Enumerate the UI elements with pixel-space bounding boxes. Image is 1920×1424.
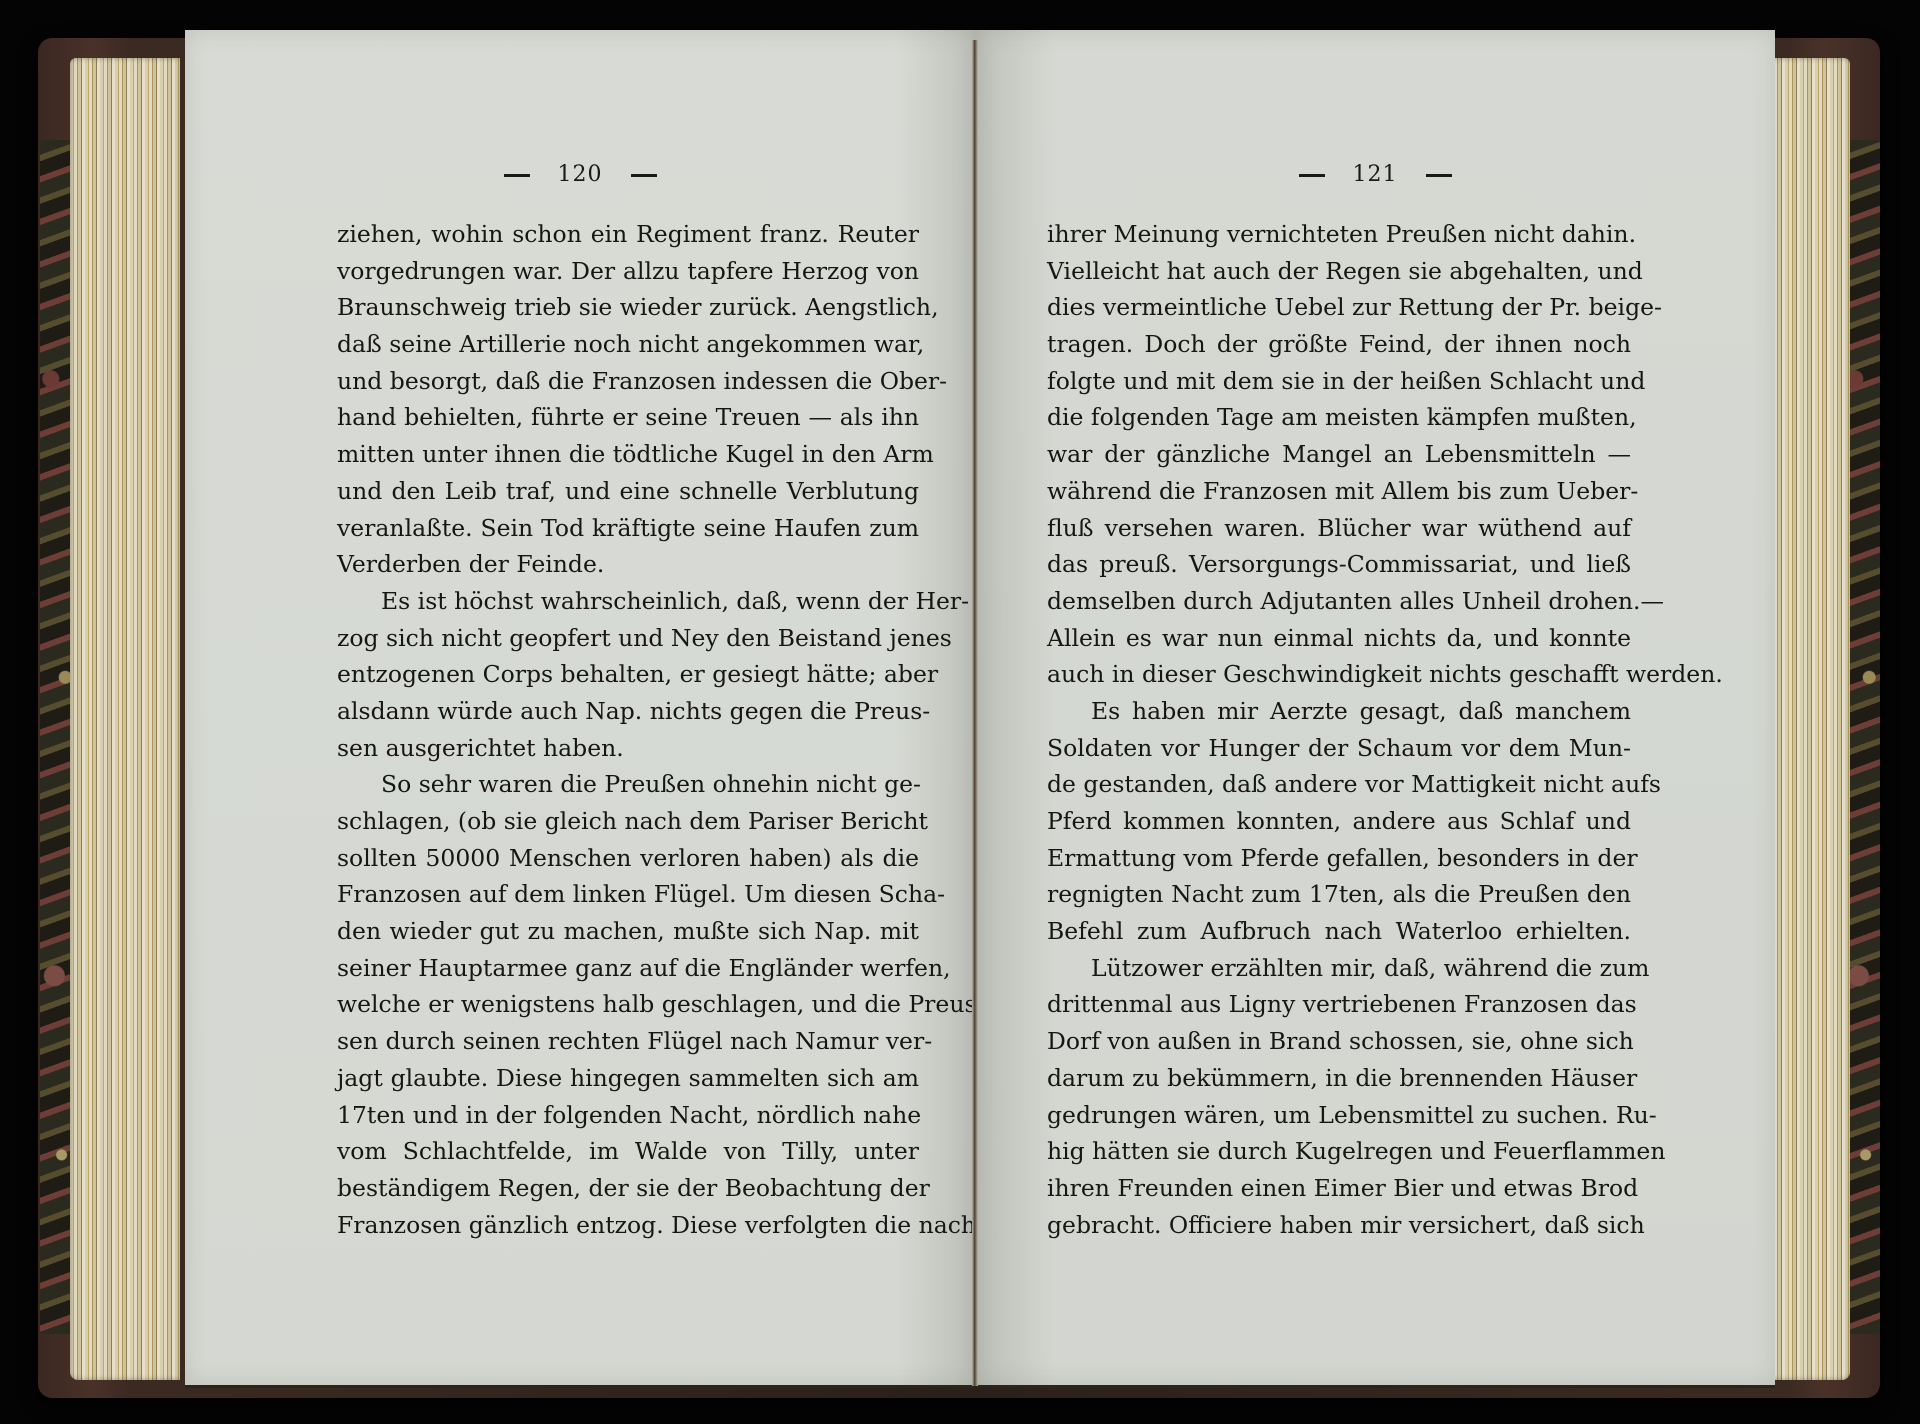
text-line: Es haben mir Aerzte gesagt, daß manchem: [1047, 693, 1631, 730]
text-line: ziehen, wohin schon ein Regiment franz. …: [337, 216, 919, 253]
page-block-edges-left: [70, 58, 180, 1380]
text-line: demselben durch Adjutanten alles Unheil …: [1047, 583, 1631, 620]
text-line: Befehl zum Aufbruch nach Waterloo erhiel…: [1047, 913, 1631, 950]
text-line: während die Franzosen mit Allem bis zum …: [1047, 473, 1631, 510]
book-gutter: [972, 40, 978, 1386]
text-line: folgte und mit dem sie in der heißen Sch…: [1047, 363, 1631, 400]
text-line: alsdann würde auch Nap. nichts gegen die…: [337, 693, 919, 730]
page-number-right: 121: [1353, 162, 1398, 187]
right-page: 121 ihrer Meinung vernichteten Preußen n…: [975, 30, 1775, 1388]
left-page-body: ziehen, wohin schon ein Regiment franz. …: [337, 216, 919, 1243]
text-line: gedrungen wären, um Lebensmittel zu such…: [1047, 1097, 1631, 1134]
text-line: Dorf von außen in Brand schossen, sie, o…: [1047, 1023, 1631, 1060]
text-line: Braunschweig trieb sie wieder zurück. Ae…: [337, 289, 919, 326]
text-line: schlagen, (ob sie gleich nach dem Parise…: [337, 803, 919, 840]
text-line: regnigten Nacht zum 17ten, als die Preuß…: [1047, 876, 1631, 913]
text-line: Lützower erzählten mir, daß, während die…: [1047, 950, 1631, 987]
text-line: Pferd kommen konnten, andere aus Schlaf …: [1047, 803, 1631, 840]
text-line: ihrer Meinung vernichteten Preußen nicht…: [1047, 216, 1631, 253]
text-line: Soldaten vor Hunger der Schaum vor dem M…: [1047, 730, 1631, 767]
header-dash: [504, 174, 530, 177]
text-line: das preuß. Versorgungs-Commissariat, und…: [1047, 546, 1631, 583]
text-line: dies vermeintliche Uebel zur Rettung der…: [1047, 289, 1631, 326]
text-line: drittenmal aus Ligny vertriebenen Franzo…: [1047, 986, 1631, 1023]
text-line: jagt glaubte. Diese hingegen sammelten s…: [337, 1060, 919, 1097]
text-line: de gestanden, daß andere vor Mattigkeit …: [1047, 766, 1631, 803]
text-line: auch in dieser Geschwindigkeit nichts ge…: [1047, 656, 1631, 693]
text-line: Vielleicht hat auch der Regen sie abgeha…: [1047, 253, 1631, 290]
text-line: tragen. Doch der größte Feind, der ihnen…: [1047, 326, 1631, 363]
text-line: seiner Hauptarmee ganz auf die Engländer…: [337, 950, 919, 987]
header-dash: [1426, 174, 1452, 177]
text-line: veranlaßte. Sein Tod kräftigte seine Hau…: [337, 510, 919, 547]
text-line: vom Schlachtfelde, im Walde von Tilly, u…: [337, 1133, 919, 1170]
header-dash: [631, 174, 657, 177]
text-line: beständigem Regen, der sie der Beobachtu…: [337, 1170, 919, 1207]
text-line: mitten unter ihnen die tödtliche Kugel i…: [337, 436, 919, 473]
text-line: die folgenden Tage am meisten kämpfen mu…: [1047, 399, 1631, 436]
text-line: Ermattung vom Pferde gefallen, besonders…: [1047, 840, 1631, 877]
text-line: sollten 50000 Menschen verloren haben) a…: [337, 840, 919, 877]
text-line: sen durch seinen rechten Flügel nach Nam…: [337, 1023, 919, 1060]
page-header-left: 120: [185, 162, 975, 187]
text-line: daß seine Artillerie noch nicht angekomm…: [337, 326, 919, 363]
text-line: sen ausgerichtet haben.: [337, 730, 919, 767]
text-line: So sehr waren die Preußen ohnehin nicht …: [337, 766, 919, 803]
header-dash: [1299, 174, 1325, 177]
text-line: ihren Freunden einen Eimer Bier und etwa…: [1047, 1170, 1631, 1207]
text-line: Es ist höchst wahrscheinlich, daß, wenn …: [337, 583, 919, 620]
text-line: fluß versehen waren. Blücher war wüthend…: [1047, 510, 1631, 547]
text-line: Verderben der Feinde.: [337, 546, 919, 583]
text-line: den wieder gut zu machen, mußte sich Nap…: [337, 913, 919, 950]
right-page-body: ihrer Meinung vernichteten Preußen nicht…: [1047, 216, 1631, 1243]
text-line: Franzosen gänzlich entzog. Diese verfolg…: [337, 1207, 919, 1244]
text-line: darum zu bekümmern, in die brennenden Hä…: [1047, 1060, 1631, 1097]
text-line: und besorgt, daß die Franzosen indessen …: [337, 363, 919, 400]
text-line: Franzosen auf dem linken Flügel. Um dies…: [337, 876, 919, 913]
page-number-left: 120: [558, 162, 603, 187]
text-line: vorgedrungen war. Der allzu tapfere Herz…: [337, 253, 919, 290]
text-line: war der gänzliche Mangel an Lebensmittel…: [1047, 436, 1631, 473]
text-line: entzogenen Corps behalten, er gesiegt hä…: [337, 656, 919, 693]
text-line: hig hätten sie durch Kugelregen und Feue…: [1047, 1133, 1631, 1170]
text-line: zog sich nicht geopfert und Ney den Beis…: [337, 620, 919, 657]
text-line: Allein es war nun einmal nichts da, und …: [1047, 620, 1631, 657]
left-page: 120 ziehen, wohin schon ein Regiment fra…: [185, 30, 975, 1388]
text-line: welche er wenigstens halb geschlagen, un…: [337, 986, 919, 1023]
text-line: 17ten und in der folgenden Nacht, nördli…: [337, 1097, 919, 1134]
text-line: gebracht. Officiere haben mir versichert…: [1047, 1207, 1631, 1244]
page-header-right: 121: [975, 162, 1775, 187]
text-line: und den Leib traf, und eine schnelle Ver…: [337, 473, 919, 510]
text-line: hand behielten, führte er seine Treuen —…: [337, 399, 919, 436]
